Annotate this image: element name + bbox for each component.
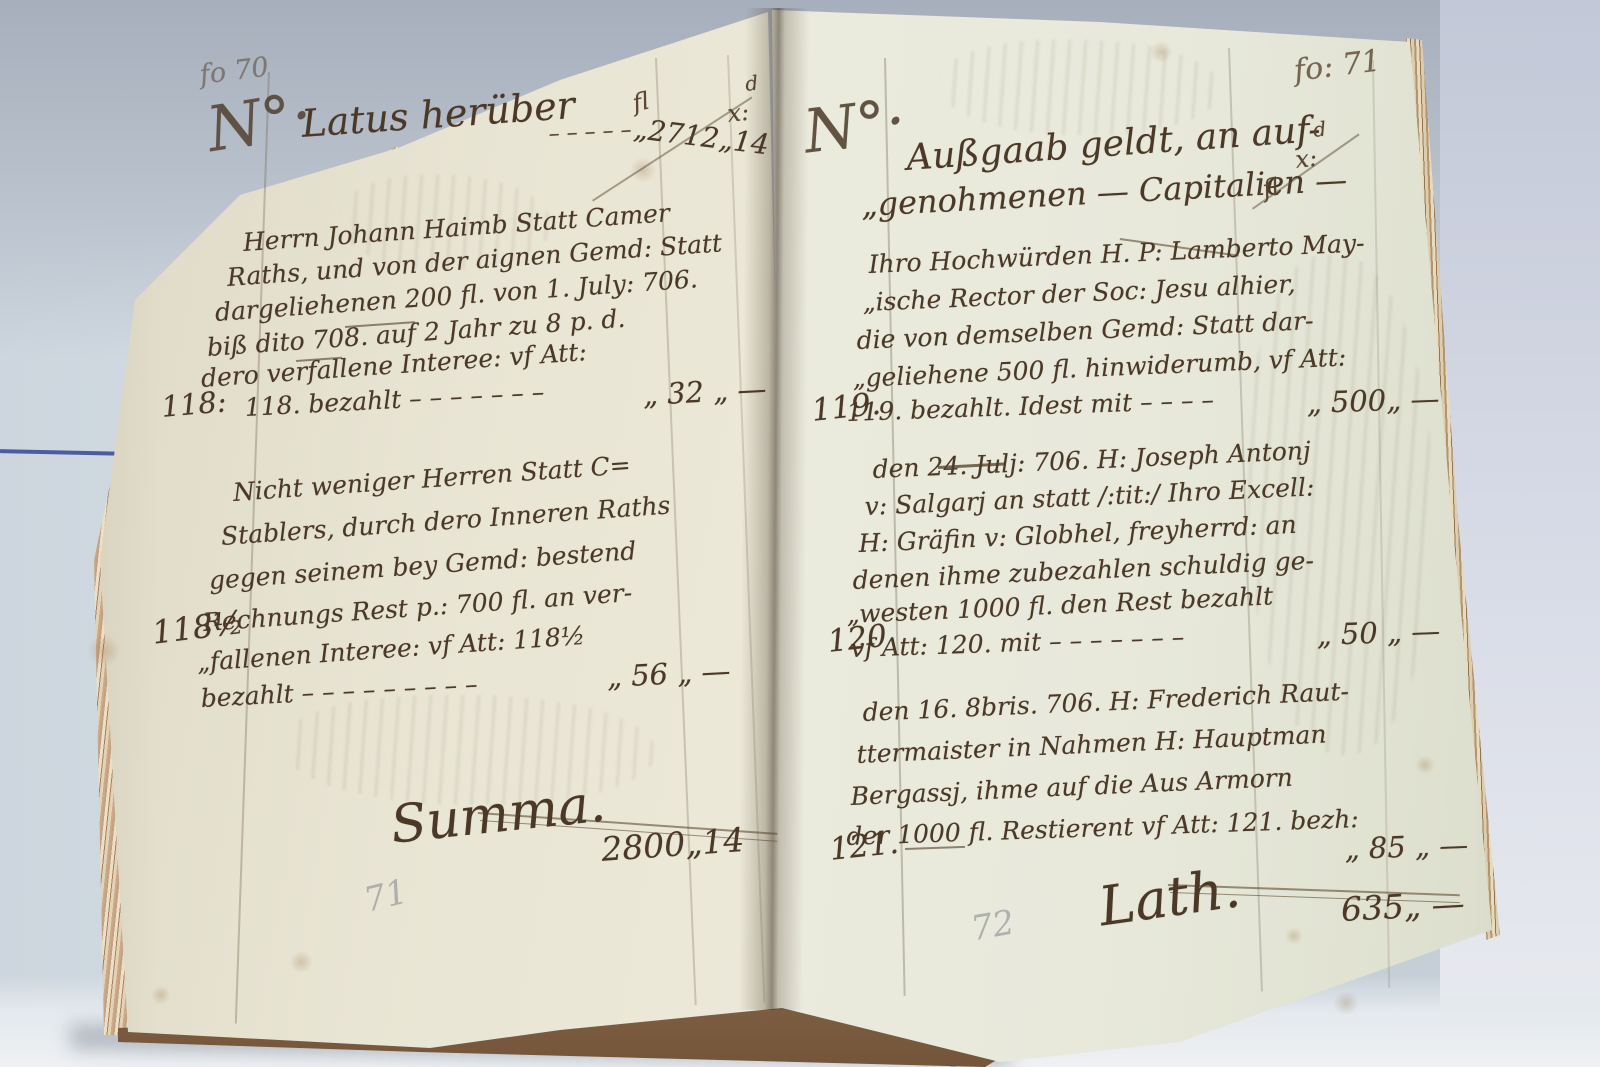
entry-amount: „ 50 „ —: [1316, 614, 1441, 652]
foxing-spot: [150, 986, 172, 1004]
pencil-folio-number: 72: [968, 902, 1018, 949]
foxing-spot: [1284, 928, 1304, 944]
left-denar-column-mark: d: [744, 71, 759, 96]
latus-total-amount: 635„ —: [1340, 884, 1465, 929]
right-no-flourish: N°·: [800, 86, 909, 168]
foxing-spot: [86, 636, 122, 666]
entry-amount: „ 32 „ —: [642, 372, 767, 412]
photo-of-open-ledger: fo 70 N°· Latus herüber – – – – – „2712„…: [0, 0, 1600, 1067]
entry-amount: „ 56 „ —: [606, 654, 731, 694]
entry-amount: „ 85 „ —: [1344, 828, 1469, 866]
right-denar-column-mark: d: [1312, 117, 1327, 142]
foxing-spot: [1414, 756, 1436, 774]
foxing-spot: [1332, 992, 1360, 1014]
left-latus-dashes: – – – – –: [548, 118, 632, 147]
entry-amount: „ 500„ —: [1306, 381, 1440, 420]
foxing-spot: [288, 952, 314, 972]
